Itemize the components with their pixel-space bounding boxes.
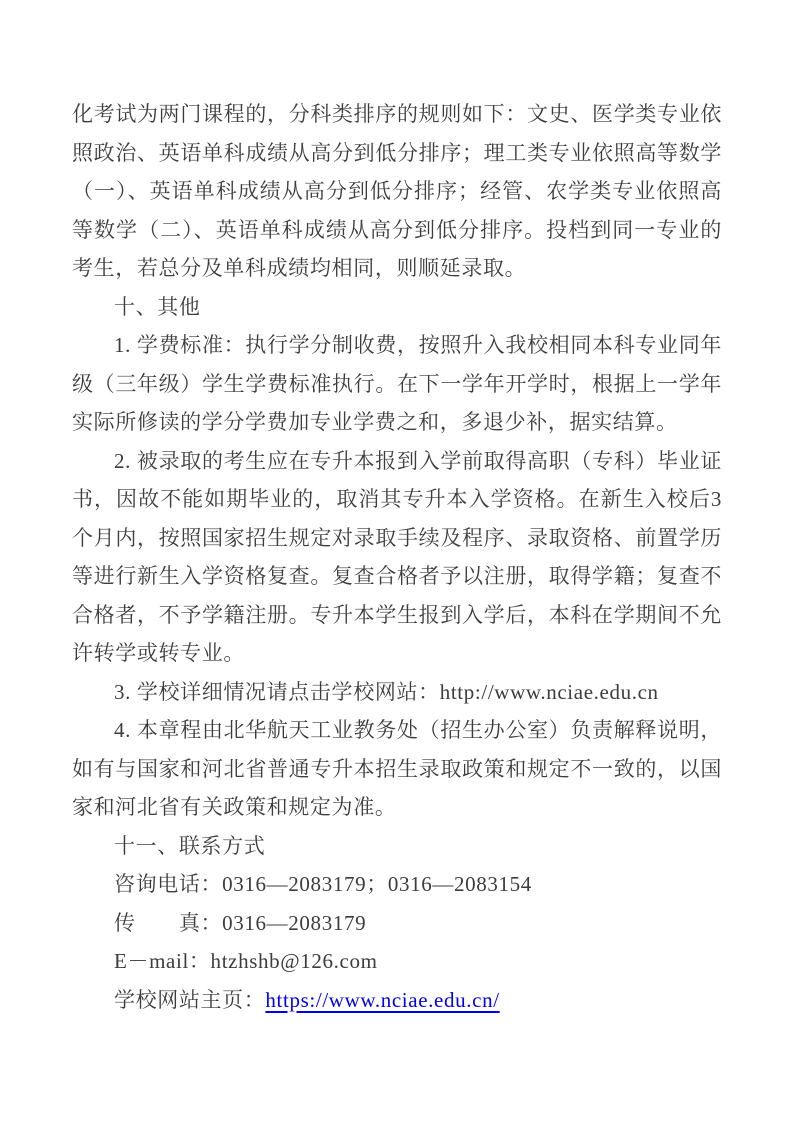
contact-homepage-line: 学校网站主页：https://www.nciae.edu.cn/	[72, 981, 722, 1020]
section-heading-contact: 十一、联系方式	[72, 827, 722, 866]
section-heading-other: 十、其他	[72, 288, 722, 327]
para-school-website-info: 3. 学校详细情况请点击学校网站：http://www.nciae.edu.cn	[72, 673, 722, 712]
para-tuition-standard: 1. 学费标准：执行学分制收费，按照升入我校相同本科专业同年级（三年级）学生学费…	[72, 326, 722, 442]
school-homepage-link[interactable]: https://www.nciae.edu.cn/	[265, 988, 499, 1012]
document-page: 化考试为两门课程的，分科类排序的规则如下：文史、医学类专业依照政治、英语单科成绩…	[0, 0, 794, 1123]
para-admission-qualification: 2. 被录取的考生应在专升本报到入学前取得高职（专科）毕业证书，因故不能如期毕业…	[72, 442, 722, 673]
para-interpretation-policy: 4. 本章程由北华航天工业教务处（招生办公室）负责解释说明，如有与国家和河北省普…	[72, 711, 722, 827]
homepage-label: 学校网站主页：	[114, 988, 265, 1012]
contact-phone-line: 咨询电话：0316—2083179；0316—2083154	[72, 865, 722, 904]
contact-fax-line: 传 真：0316—2083179	[72, 904, 722, 943]
paragraph-ranking-rules: 化考试为两门课程的，分科类排序的规则如下：文史、医学类专业依照政治、英语单科成绩…	[72, 95, 722, 288]
contact-email-line: E－mail：htzhshb@126.com	[72, 942, 722, 981]
